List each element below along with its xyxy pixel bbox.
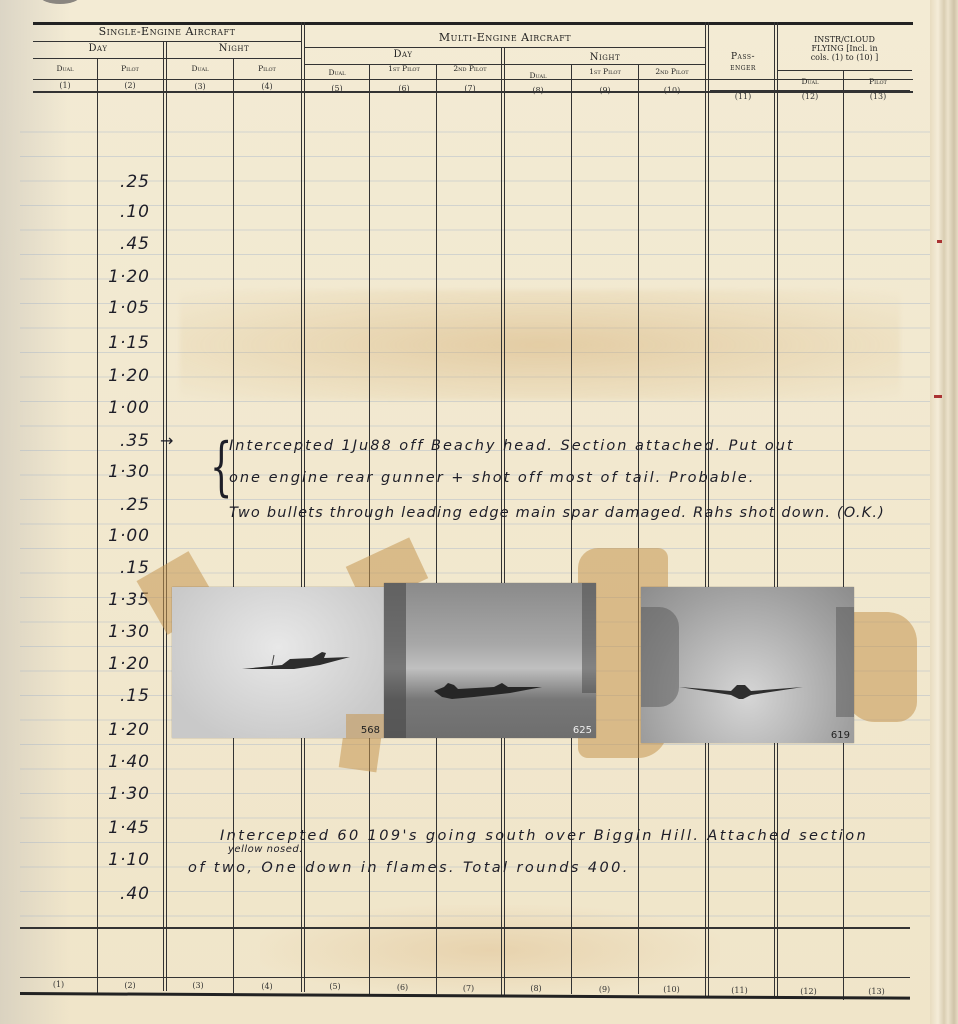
col-4-title: Pilot [233,64,301,73]
col-13-title: Pilot [845,77,911,86]
footer-col-num: (1) [20,980,97,989]
fighter-aircraft-icon [242,649,352,677]
col-num: (6) [372,84,436,93]
photo-number: 625 [573,725,592,736]
flight-time-entry: 1·40 [80,752,150,772]
fighter-headon-icon [679,681,803,701]
remark-1-line-2: one engine rear gunner + shot off most o… [229,470,755,486]
footer-col-num: (8) [501,984,571,993]
page-edge [930,0,958,1024]
footer-col-num: (3) [163,981,233,990]
footer-col-num: (7) [436,984,501,993]
flight-time-entry: 1·30 [80,622,150,642]
flight-time-entry: 1·30 [80,462,150,482]
photo-number: 619 [831,730,850,741]
remark-2-line-2: of two, One down in flames. Total rounds… [188,860,630,876]
col-3-title: Dual [167,64,233,73]
footer-col-num: (9) [571,985,638,994]
flight-time-entry: 1·20 [80,720,150,740]
col-num: (13) [845,92,911,101]
col-num: (2) [97,81,163,90]
col-num: (8) [505,86,571,95]
page-shadow [40,0,80,4]
passenger-title: Pass- enger [710,52,776,74]
tape-stain [180,290,900,400]
flight-time-entry: 1·15 [80,333,150,353]
flight-time-entry: 1·20 [80,366,150,386]
flight-time-entry: .25 [80,495,150,515]
flight-time-entry: .40 [80,884,150,904]
flight-time-entry: 1·35 [80,590,150,610]
se-day-label: Day [33,43,163,54]
flight-time-entry: 1·20 [80,654,150,674]
col-num: (4) [233,82,301,91]
flight-time-entry: .10 [80,202,150,222]
flight-time-entry: 1·00 [80,526,150,546]
tape-piece [845,612,917,722]
photo-625: 625 [384,583,596,738]
col-num: (10) [639,86,705,95]
remark-1-line-3: Two bullets through leading edge main sp… [229,505,885,521]
col-10-title: 2nd Pilot [639,67,705,76]
footer-col-num: (11) [705,986,774,995]
photo-number: 568 [361,725,380,736]
flight-time-entry: .15 [80,558,150,578]
single-engine-title: Single-Engine Aircraft [33,25,301,38]
photo-619: 619 [641,587,854,743]
col-num: (11) [710,92,776,101]
footer-col-num: (4) [233,982,301,991]
flight-time-entry: 1·05 [80,298,150,318]
col-6-title: 1st Pilot [372,64,436,73]
flight-time-entry: .35 [80,431,150,451]
footer-col-num: (13) [843,987,910,996]
red-mark [934,395,942,398]
col-2-title: Pilot [97,64,163,73]
flight-time-entry: 1·30 [80,784,150,804]
col-num: (12) [777,92,843,101]
col-num: (7) [438,84,502,93]
col-1-title: Dual [33,64,97,73]
logbook-page: Single-Engine Aircraft Day Night Dual Pi… [0,0,958,1024]
col-9-title: 1st Pilot [572,67,638,76]
flight-time-entry: 1·45 [80,818,150,838]
multi-engine-title: Multi-Engine Aircraft [305,31,705,44]
arrow-mark: → [160,431,173,450]
col-num: (1) [33,81,97,90]
col-num: (5) [305,84,369,93]
remark-1-line-1: Intercepted 1Ju88 off Beachy head. Secti… [229,438,795,454]
me-night-label: Night [505,52,705,63]
flight-time-entry: 1·10 [80,850,150,870]
remark-2-insert: yellow nosed. [228,844,303,855]
footer-col-num: (10) [638,985,705,994]
flight-time-entry: 1·00 [80,398,150,418]
col-12-title: Dual [777,77,843,86]
remark-2-line-1: Intercepted 60 109's going south over Bi… [220,828,868,844]
flight-time-entry: .25 [80,172,150,192]
flight-time-entry: .45 [80,234,150,254]
col-num: (9) [572,86,638,95]
col-8-title: Dual [505,71,571,80]
footer-col-num: (12) [774,987,843,996]
col-7-title: 2nd Pilot [438,64,502,73]
red-mark [937,240,942,243]
col-num: (3) [167,82,233,91]
me-day-label: Day [305,49,501,60]
bomber-aircraft-icon [434,679,544,705]
flight-time-entry: 1·20 [80,267,150,287]
footer-col-num: (5) [301,982,369,991]
photo-568: 568 [172,587,384,738]
instr-cloud-title: INSTR/CLOUD FLYING [Incl. in cols. (1) t… [777,35,912,62]
flight-time-entry: .15 [80,686,150,706]
footer-col-num: (6) [369,983,436,992]
se-night-label: Night [167,43,301,54]
footer-col-num: (2) [97,981,163,990]
col-5-title: Dual [305,68,369,77]
